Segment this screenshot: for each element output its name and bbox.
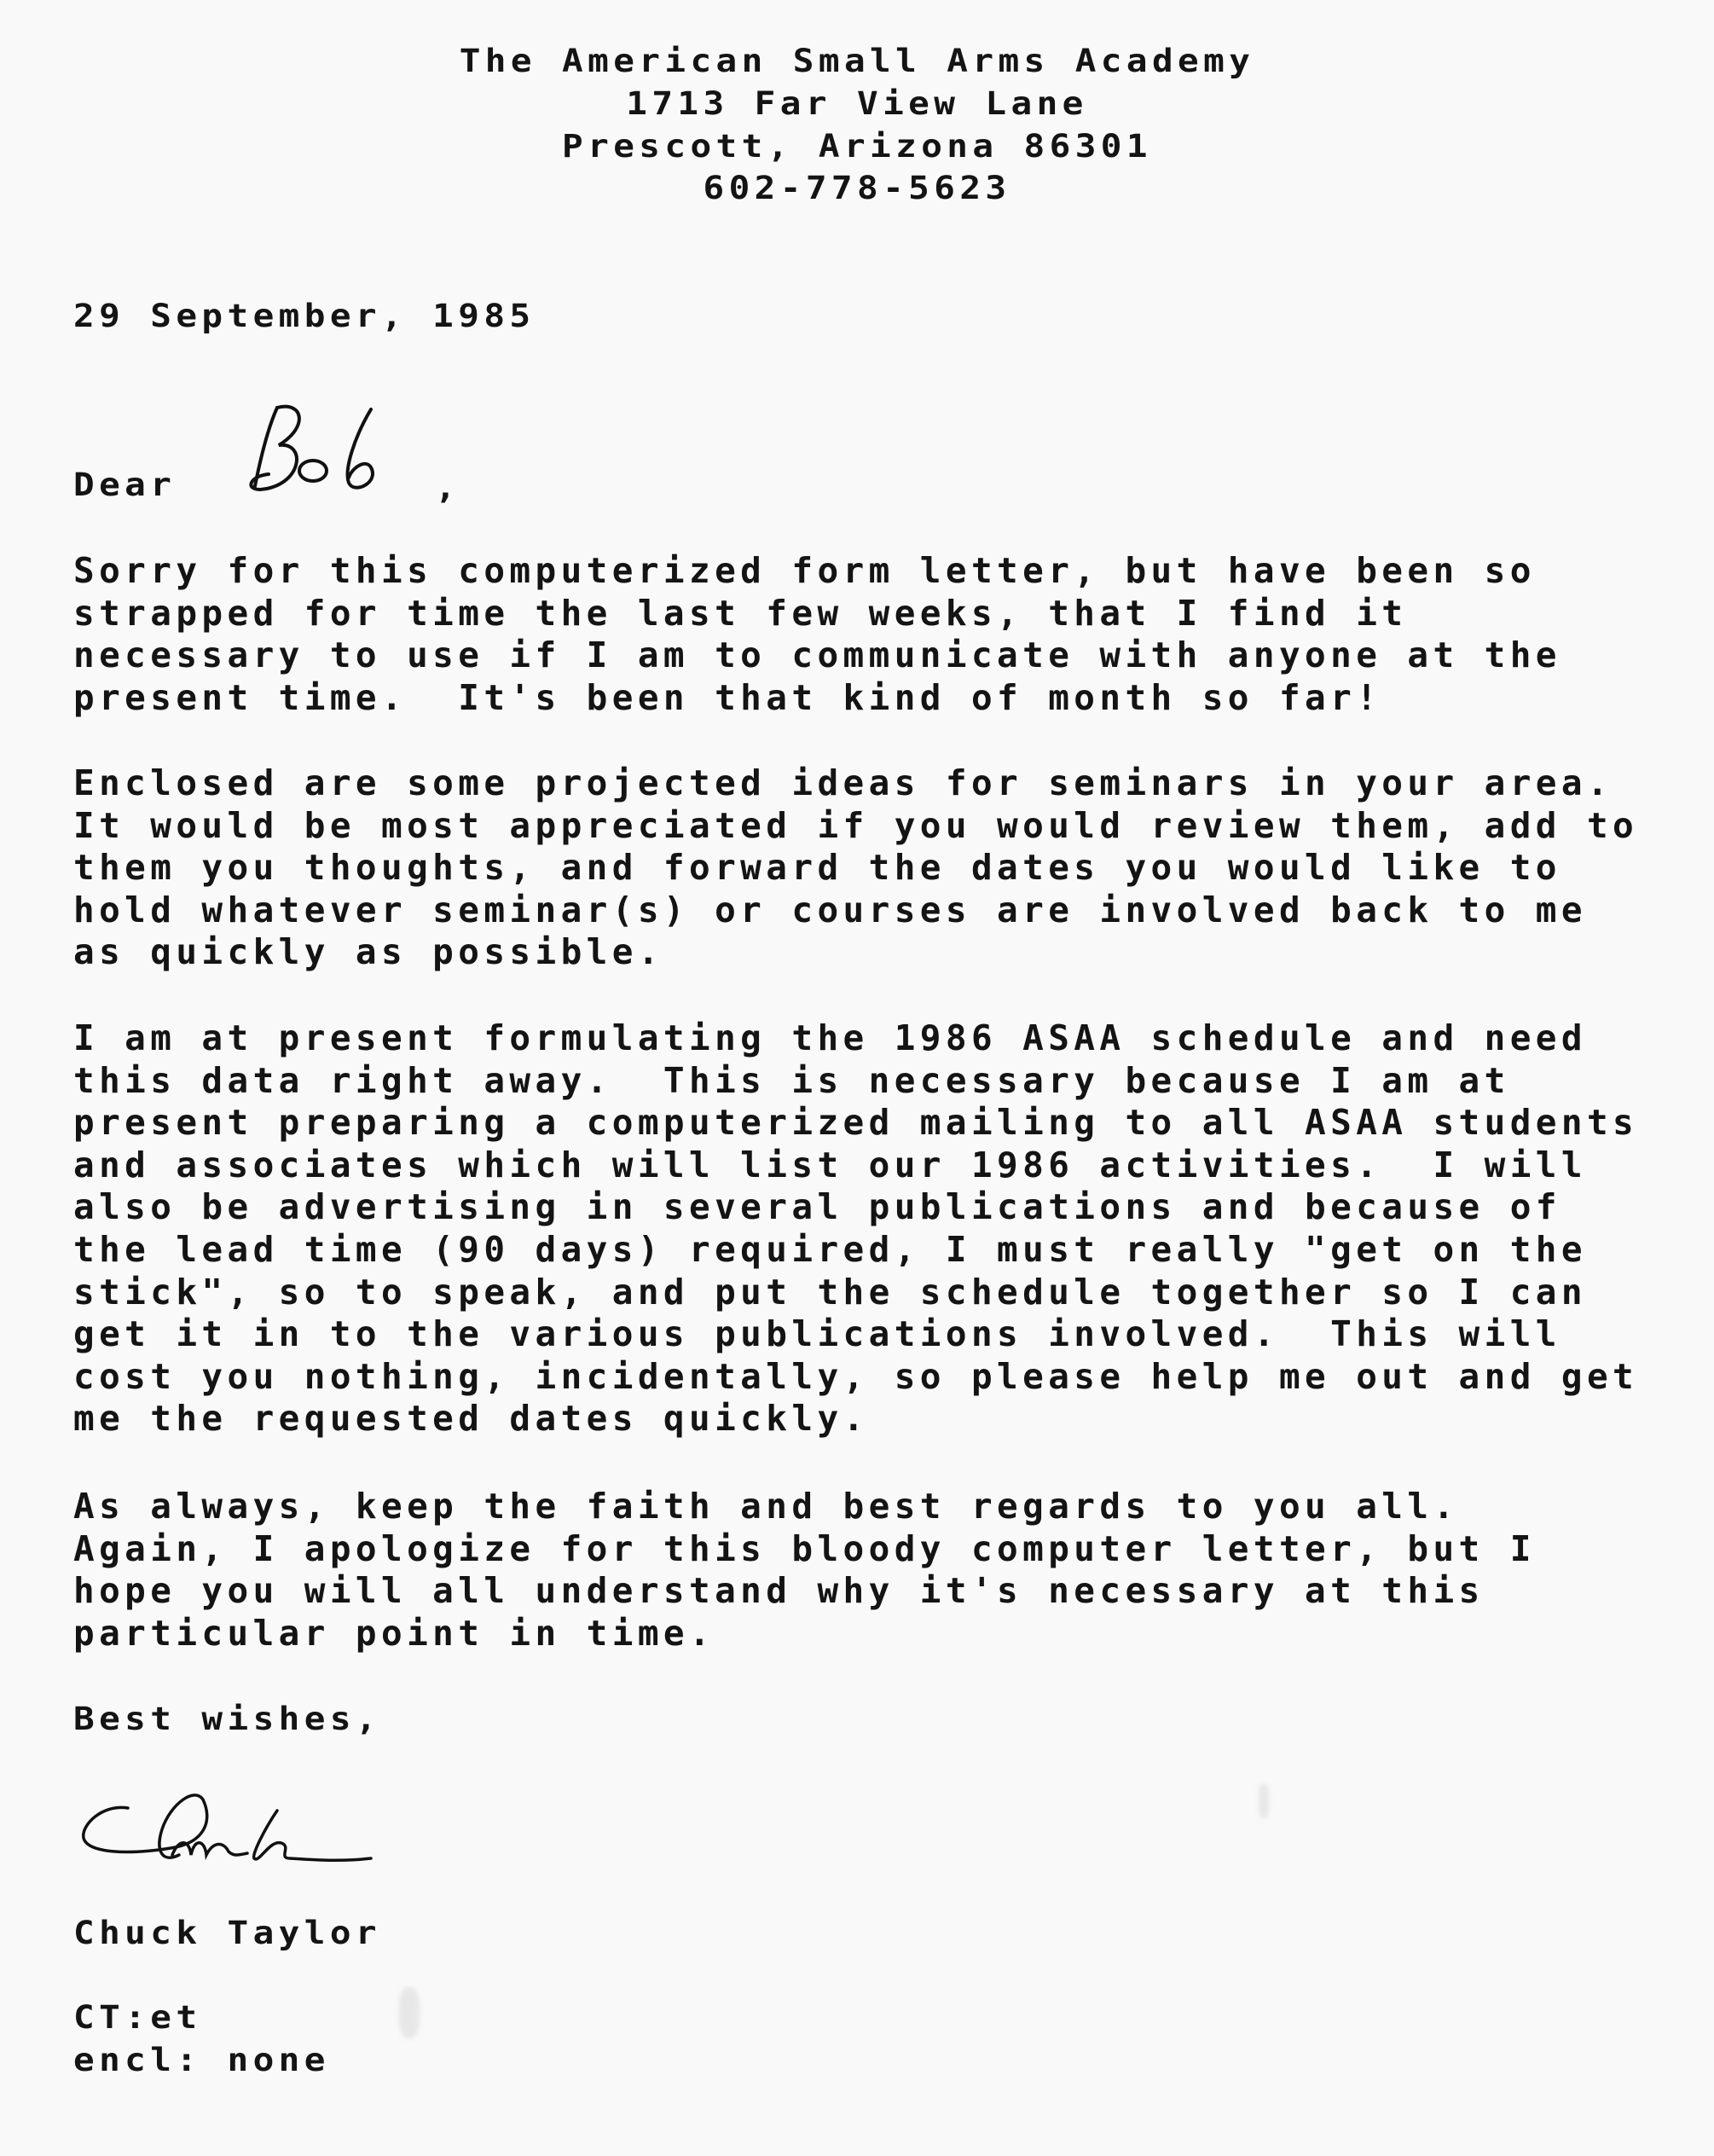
paragraph-line: Enclosed are some projected ideas for se… xyxy=(73,762,1638,805)
letterhead-street: 1713 Far View Lane xyxy=(0,84,1714,123)
paragraph-line: and associates which will list our 1986 … xyxy=(73,1145,1638,1187)
closing: Best wishes, xyxy=(73,1699,381,1738)
scan-smudge xyxy=(1259,1784,1269,1818)
letterhead-organization: The American Small Arms Academy xyxy=(0,41,1714,80)
paragraph-line: strapped for time the last few weeks, th… xyxy=(73,593,1561,635)
paragraph-line: them you thoughts, and forward the dates… xyxy=(73,847,1638,890)
paragraph-line: cost you nothing, incidentally, so pleas… xyxy=(73,1356,1638,1399)
paragraph-line: present preparing a computerized mailing… xyxy=(73,1102,1638,1145)
signature-typed-name: Chuck Taylor xyxy=(73,1913,381,1952)
salutation-prefix: Dear xyxy=(73,465,176,504)
paragraph-line: as quickly as possible. xyxy=(73,931,1638,974)
paragraph-line: also be advertising in several publicati… xyxy=(73,1186,1638,1229)
handwritten-name-bob xyxy=(243,401,388,503)
paragraph-line: the lead time (90 days) required, I must… xyxy=(73,1229,1638,1272)
paragraph-line: hold whatever seminar(s) or courses are … xyxy=(73,890,1638,932)
paragraph-1: Sorry for this computerized form letter,… xyxy=(73,550,1561,719)
letterhead-city-state-zip: Prescott, Arizona 86301 xyxy=(0,126,1714,165)
handwritten-signature-chuck xyxy=(77,1787,384,1881)
paragraph-2: Enclosed are some projected ideas for se… xyxy=(73,762,1638,974)
paragraph-3: I am at present formulating the 1986 ASA… xyxy=(73,1017,1638,1440)
paragraph-line: hope you will all understand why it's ne… xyxy=(73,1570,1536,1613)
scan-smudge xyxy=(399,1987,420,2038)
paragraph-line: present time. It's been that kind of mon… xyxy=(73,677,1561,720)
paragraph-line: this data right away. This is necessary … xyxy=(73,1060,1638,1103)
letterhead-phone: 602-778-5623 xyxy=(0,168,1714,207)
paragraph-line: I am at present formulating the 1986 ASA… xyxy=(73,1017,1638,1060)
salutation-comma: , xyxy=(435,467,460,507)
paragraph-line: Sorry for this computerized form letter,… xyxy=(73,550,1561,593)
reference-initials: CT:et xyxy=(73,1997,201,2037)
letter-page: The American Small Arms Academy 1713 Far… xyxy=(0,0,1714,2156)
paragraph-line: necessary to use if I am to communicate … xyxy=(73,635,1561,677)
paragraph-line: stick", so to speak, and put the schedul… xyxy=(73,1272,1638,1314)
paragraph-line: As always, keep the faith and best regar… xyxy=(73,1486,1536,1528)
letter-date: 29 September, 1985 xyxy=(73,296,536,335)
paragraph-line: It would be most appreciated if you woul… xyxy=(73,805,1638,848)
paragraph-line: particular point in time. xyxy=(73,1613,1536,1655)
paragraph-line: get it in to the various publications in… xyxy=(73,1313,1638,1356)
paragraph-line: me the requested dates quickly. xyxy=(73,1398,1638,1440)
enclosure-note: encl: none xyxy=(73,2040,330,2079)
paragraph-4: As always, keep the faith and best regar… xyxy=(73,1486,1536,1655)
paragraph-line: Again, I apologize for this bloody compu… xyxy=(73,1528,1536,1571)
